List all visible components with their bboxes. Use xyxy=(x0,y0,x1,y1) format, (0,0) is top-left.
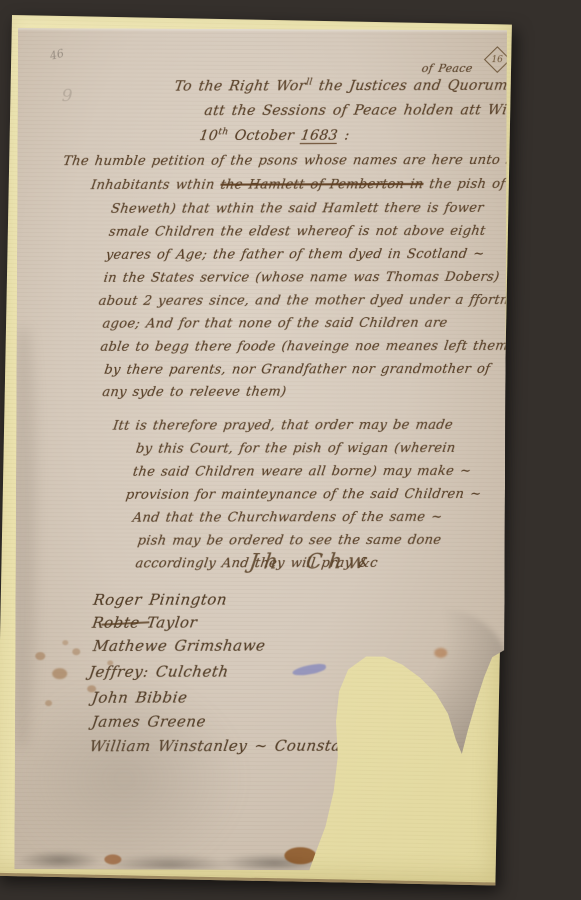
heading-text: the Justices and Quorum xyxy=(311,78,509,95)
signature-line: Roger Pinington xyxy=(92,590,228,608)
photo-stage: 46 9 16 of Peace To the Right Worll the … xyxy=(0,0,581,900)
foxing-spot xyxy=(35,652,45,660)
foxing-spot xyxy=(52,668,67,679)
manuscript-line: Inhabitants wthin the Hamlett of Pembert… xyxy=(90,177,554,193)
manuscript-line: smale Children the eldest whereof is not… xyxy=(108,224,487,240)
folio-number-stamp: 16 xyxy=(484,46,511,73)
manuscript-line: in the States service (whose name was Th… xyxy=(103,270,501,286)
signature-line: Mathewe Grimshawe xyxy=(92,636,267,654)
date-year: 1683 xyxy=(300,128,339,144)
manuscript-line: any syde to releeve them) xyxy=(101,385,287,400)
date-text: : xyxy=(337,128,351,144)
manuscript-line: by there parents, nor Grandfather nor gr… xyxy=(103,362,491,378)
folio-number: 16 xyxy=(492,55,503,65)
date-text: October xyxy=(227,128,302,144)
manuscript-line: And that the Churchwardens of the same ~ xyxy=(132,510,444,526)
manuscript-interlinear-insert: of Peace xyxy=(421,62,474,75)
manuscript-line: the said Children weare all borne) may m… xyxy=(132,464,472,480)
pencil-mark: 46 xyxy=(49,47,66,63)
blue-pencil-mark xyxy=(292,662,327,677)
foxing-spot xyxy=(72,648,80,655)
pencil-mark-faint: 9 xyxy=(62,86,73,106)
manuscript-line: yeares of Age; the father of them dyed i… xyxy=(105,247,486,263)
manuscript-line: able to begg there foode (haveinge noe m… xyxy=(99,339,509,355)
crossed-out-text: the Hamlett of Pemberton in xyxy=(219,177,424,193)
line-text: Inhabitants wthin xyxy=(90,178,221,193)
foxing-spot xyxy=(62,640,68,645)
manuscript-line: pish may be ordered to see the same done xyxy=(137,533,443,549)
heading-text: To the Right Wor xyxy=(173,78,306,94)
manuscript-line: about 2 yeares since, and the mother dye… xyxy=(98,293,537,309)
date-text: 10 xyxy=(198,128,219,144)
manuscript-date-line: 10th October 1683 : xyxy=(198,127,350,144)
manuscript-line: Sheweth) that wthin the said Hamlett the… xyxy=(110,201,485,217)
manuscript-line: by this Court, for the pish of wigan (wh… xyxy=(135,441,456,457)
line-text: the pish of wigan xyxy=(422,177,553,192)
manuscript-line: Itt is therefore prayed, that order may … xyxy=(112,418,454,434)
manuscript-line: The humble petition of the psons whose n… xyxy=(62,153,581,169)
manuscript-line: provision for mainteynance of the said C… xyxy=(125,487,483,503)
manuscript-heading-line: To the Right Worll the Justices and Quor… xyxy=(173,77,508,95)
manuscript-heading-line: att the Sessions of Peace holden att Wig… xyxy=(203,102,535,119)
manuscript-line: agoe; And for that none of the said Chil… xyxy=(102,316,449,332)
clerk-initials-mark: Jh Chw xyxy=(248,549,374,573)
